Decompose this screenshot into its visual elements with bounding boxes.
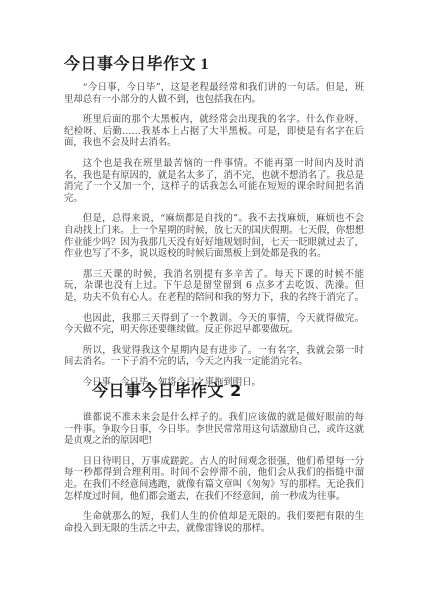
- essay-1-paragraph: 所以，我觉得我这个星期内是有进步了。一有名字，我就会第一时间去消名。一下子消不完…: [64, 345, 364, 368]
- essay-2-body: 谁都说不准未来会是什么样子的。我们应该做的就是做好眼前的每一件事。争取今日事，今…: [64, 412, 364, 543]
- essay-1-title: 今日事今日毕作文 1: [64, 55, 209, 75]
- essay-2-paragraph: 谁都说不准未来会是什么样子的。我们应该做的就是做好眼前的每一件事。争取今日事，今…: [64, 412, 364, 447]
- essay-1-paragraph: 这个也是我在班里最苦恼的一件事情。不能再第一时间内及时消名，我也是有原因的，就是…: [64, 158, 364, 204]
- essay-1-body: “今日事，今日毕”，这是老程最经常和我们讲的一句话。但是，班里却总有一小部分的人…: [64, 82, 364, 397]
- essay-1-paragraph: 班里后面的那个大黑板内，就经常会出现我的名字。什么作业呀、纪检呀、后勤……我基本…: [64, 114, 364, 149]
- essay-2-paragraph: 生命就那么的短，我们人生的价值却是无限的。我们要把有限的生命投入到无限的生活之中…: [64, 511, 364, 534]
- essay-1-paragraph: “今日事，今日毕”，这是老程最经常和我们讲的一句话。但是，班里却总有一小部分的人…: [64, 82, 364, 105]
- essay-1-paragraph: 但是，总得来说，“麻烦都是自找的”。我不去找麻烦，麻烦也不会自动找上门来。上一个…: [64, 213, 364, 259]
- essay-2-paragraph: 日日待明日，万事成蹉跎。古人的时间观念很强，他们希望每一分每一秒都得到合理利用。…: [64, 456, 364, 502]
- essay-1-paragraph: 那三天课的时候，我消名别提有多辛苦了。每天下课的时候不能玩，杂课也没有上过。下午…: [64, 269, 364, 304]
- essay-2-title: 今日事今日毕作文 2: [92, 380, 242, 402]
- document-page: 今日事今日毕作文 1 “今日事，今日毕”，这是老程最经常和我们讲的一句话。但是，…: [0, 0, 424, 600]
- essay-1-paragraph: 也因此，我那三天得到了一个教训。今天的事情，今天就得做完。今天做不完，明天你还要…: [64, 313, 364, 336]
